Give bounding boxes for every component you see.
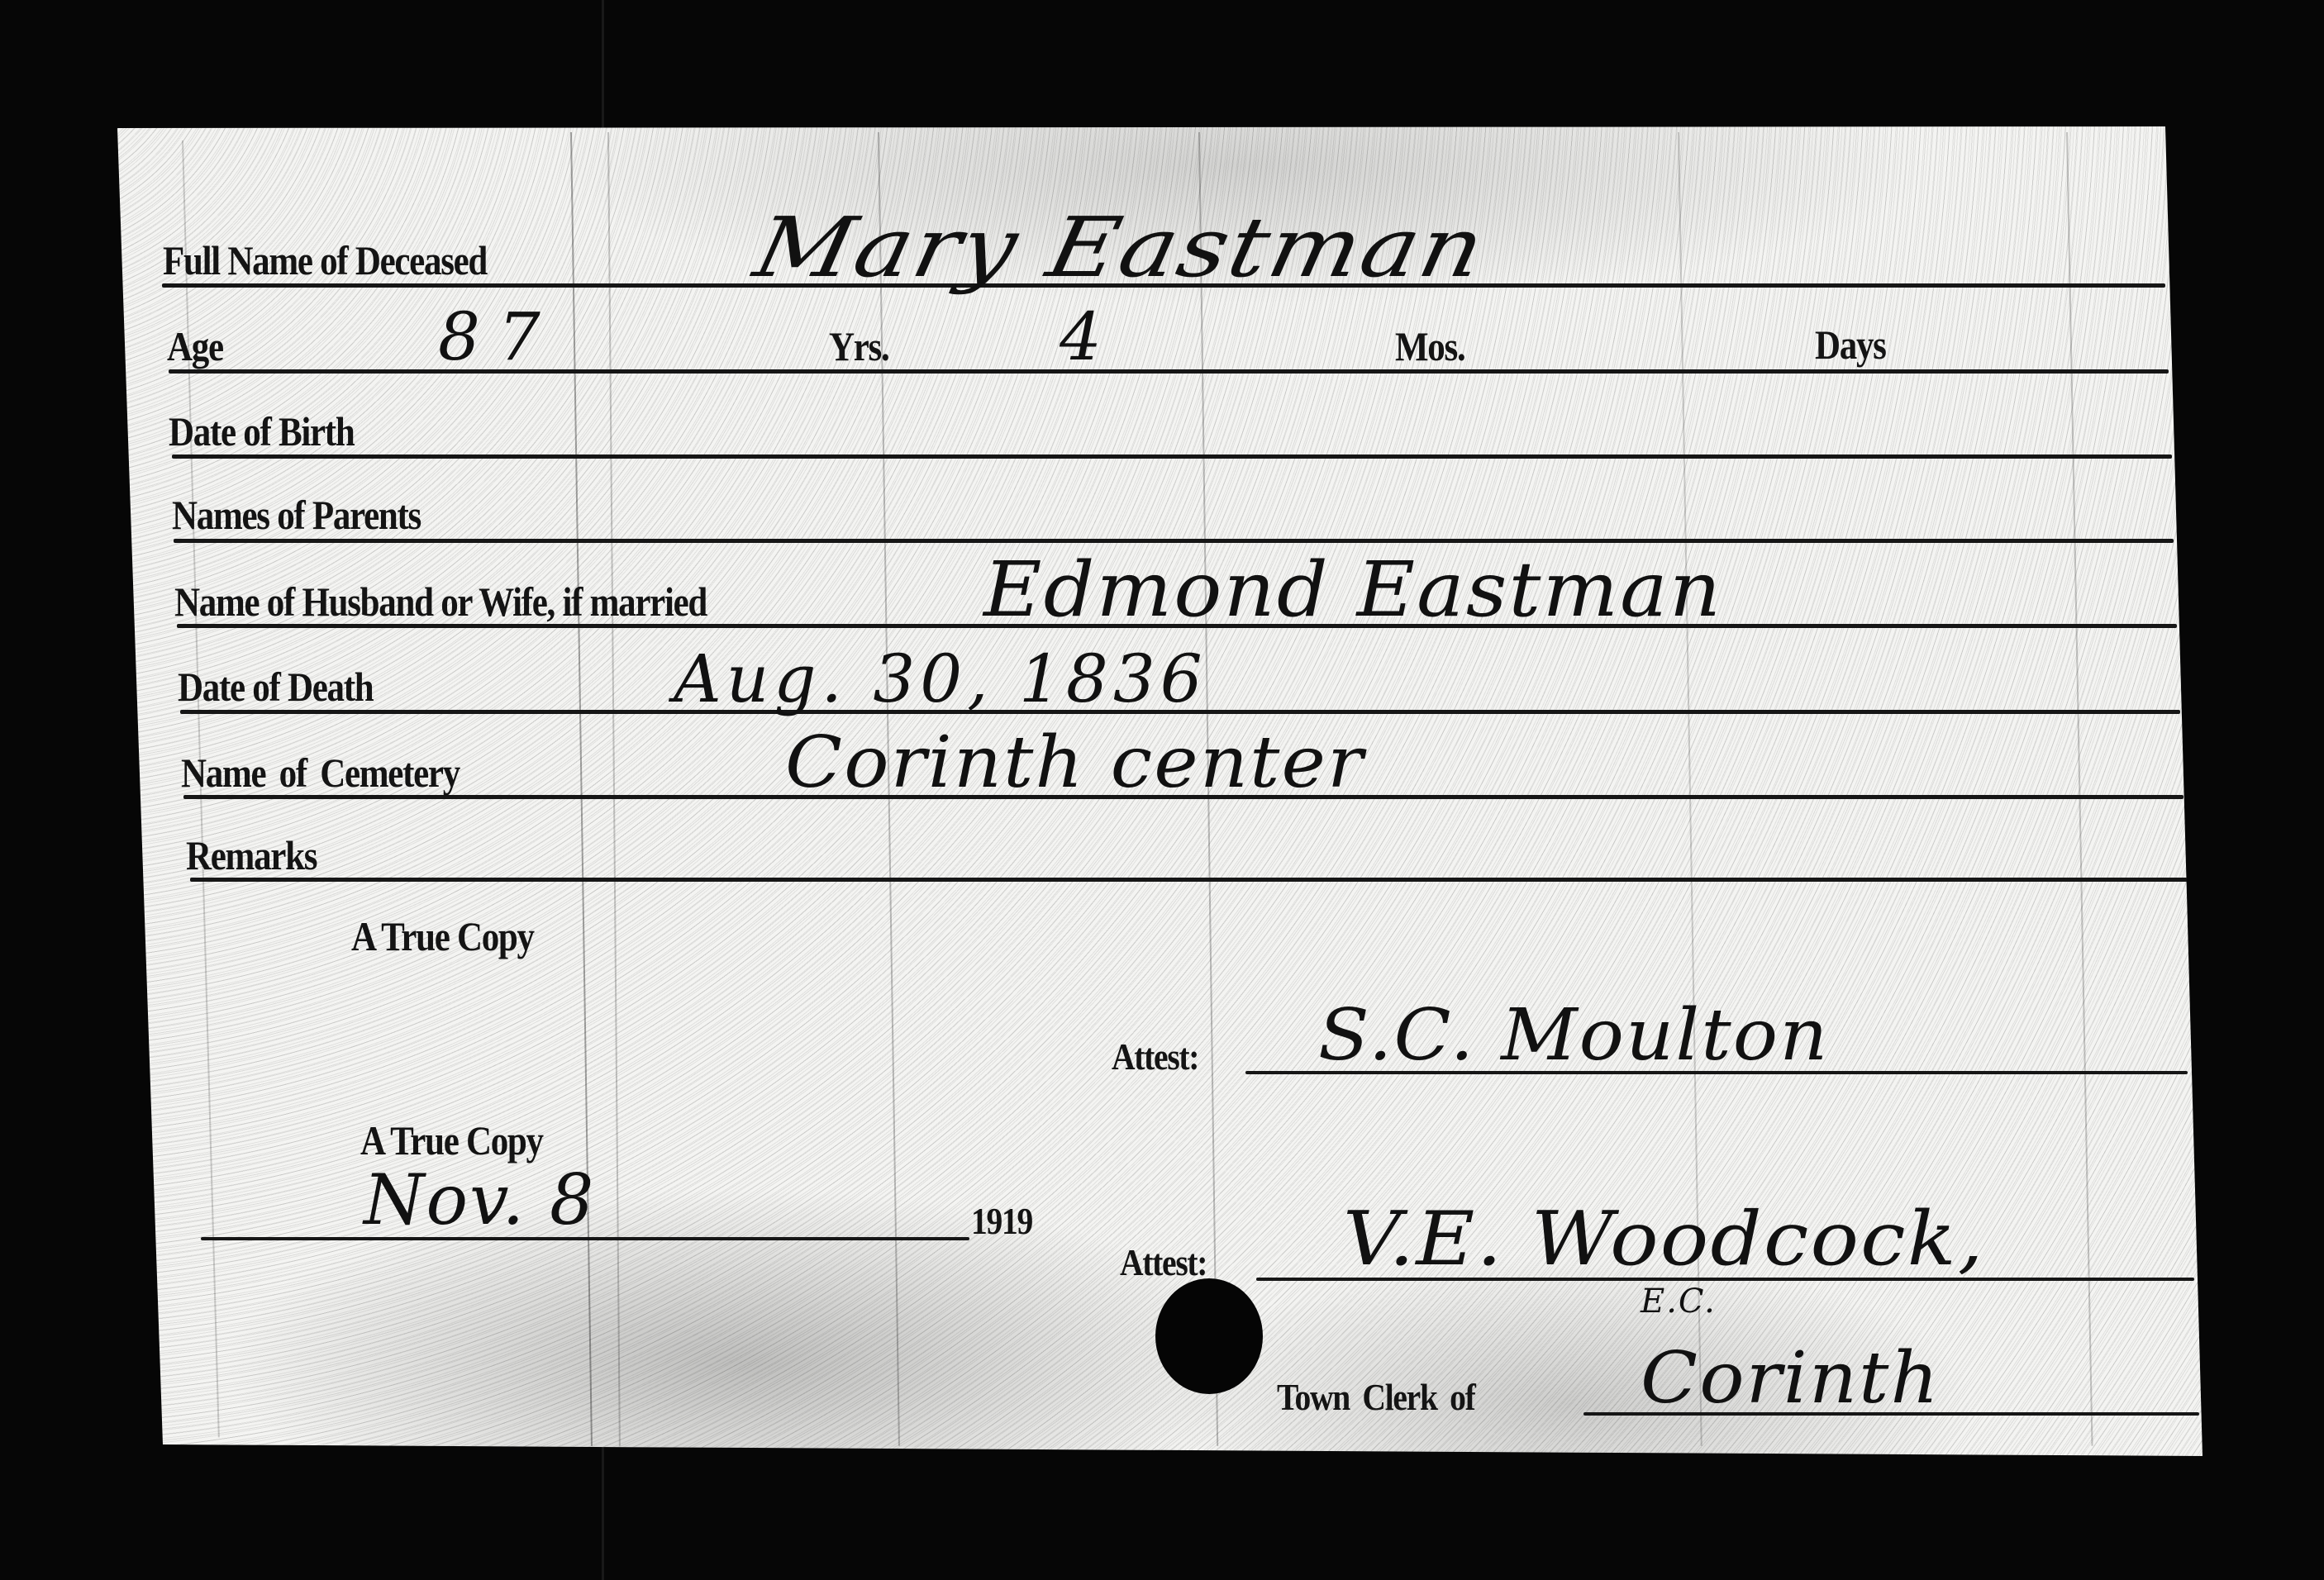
label-attest-1: Attest: [1112,1038,1198,1076]
vertical-rule [2066,132,2093,1446]
value-age-years: 87 [438,304,559,370]
vertical-rule [570,132,593,1446]
signature-attest-2: V.E. Woodcock, [1343,1202,1985,1277]
label-days: Days [1815,324,1886,365]
value-spouse: Edmond Eastman [983,552,1722,628]
label-date-of-birth: Date of Birth [169,411,354,452]
label-full-name: Full Name of Deceased [163,240,487,281]
line-remarks [190,878,2190,882]
signature-attest-1: S.C. Moulton [1318,1000,1829,1071]
label-mos: Mos. [1395,326,1464,367]
label-true-copy-1: A True Copy [351,916,534,957]
label-yrs: Yrs. [829,326,888,367]
value-town: Corinth [1641,1343,1941,1414]
label-town-clerk: Town Clerk of [1277,1378,1475,1416]
value-age-months: 4 [1060,304,1103,370]
value-date-of-death: Aug. 30, 1836 [674,646,1207,712]
death-record-card: Full Name of Deceased Age Yrs. Mos. Days… [0,0,2324,1580]
label-date-of-death: Date of Death [178,666,373,707]
value-cemetery: Corinth center [785,727,1364,798]
label-copy-year: 1919 [971,1202,1032,1240]
label-remarks: Remarks [186,835,317,876]
punch-hole [1155,1278,1263,1394]
attest-2-title: E.C. [1641,1285,1717,1318]
label-age: Age [167,326,223,367]
label-parents: Names of Parents [172,494,421,535]
line-date-of-birth [172,454,2172,459]
value-full-name: Mary Eastman [748,207,1493,289]
label-spouse: Name of Husband or Wife, if married [174,581,707,622]
line-parents [174,539,2174,543]
label-attest-2: Attest: [1120,1244,1207,1282]
label-true-copy-2: A True Copy [360,1120,543,1161]
label-cemetery: Name of Cemetery [181,752,460,793]
vertical-rule [607,132,621,1446]
value-copy-date: Nov. 8 [364,1165,595,1235]
